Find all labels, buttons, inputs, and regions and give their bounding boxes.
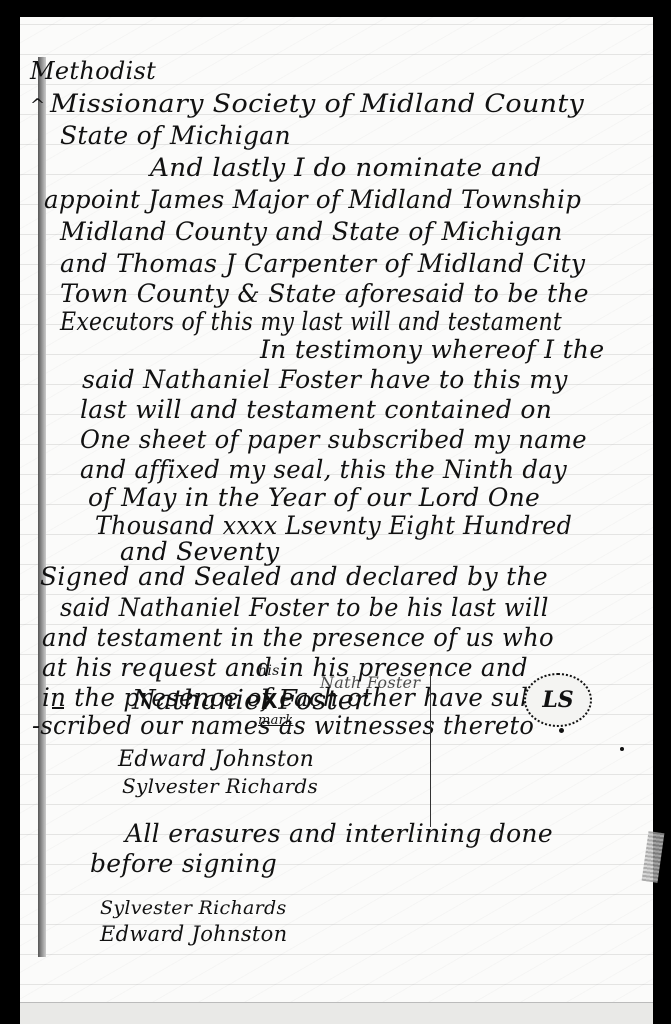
witness-signature: Sylvester Richards [122,774,318,798]
ink-smudge [642,831,665,883]
text-line: appoint James Major of Midland Township [44,185,581,214]
signature-overwrite: Nath Foster [320,673,420,692]
text-line: and Thomas J Carpenter of Midland City [60,249,585,278]
text-line: at his request and in his presence and [42,653,528,682]
witness-signature: Edward Johnston [118,747,314,772]
text-line: said Nathaniel Foster have to this my [82,365,568,394]
margin-note: Methodist [30,57,156,85]
text-line: One sheet of paper subscribed my name [80,425,587,454]
text-line: Midland County and State of Michigan [60,217,563,246]
text-line: and affixed my seal, this the Ninth day [80,455,567,484]
ink-stroke [430,667,435,827]
text-line: and testament in the presence of us who [42,623,554,652]
text-line: In testimony whereof I the [260,335,604,364]
witness-signature: Edward Johnston [100,922,287,946]
text-line: Signed and Sealed and declared by the [40,562,548,591]
ink-dot [620,747,624,751]
document-page: Methodist ^ Missionary Society of Midlan… [20,17,653,1007]
his-label: his [258,663,280,679]
ink-dot [559,728,564,733]
witness-signature: Sylvester Richards [100,897,287,919]
text-line: of May in the Year of our Lord One [88,483,540,512]
text-line: Town County & State aforesaid to be the [60,279,589,308]
text-line: And lastly I do nominate and [150,153,541,182]
text-line: Missionary Society of Midland County [50,89,584,118]
testator-x-mark: X [262,689,277,713]
text-line: Executors of this my last will and testa… [60,307,562,336]
text-line: State of Michigan [60,121,291,150]
margin-dash [52,707,64,709]
note-line: All erasures and interlining done [125,819,553,848]
mark-label: mark [258,713,293,728]
text-line: last will and testament contained on [80,395,552,424]
insertion-caret: ^ [30,95,45,116]
page-bottom-fold [20,1002,653,1024]
wax-seal: LS [524,673,592,727]
text-line: Thousand xxxx Lsevnty Eight Hundred [95,511,572,540]
text-line: said Nathaniel Foster to be his last wil… [60,593,549,622]
note-line: before signing [90,849,277,878]
